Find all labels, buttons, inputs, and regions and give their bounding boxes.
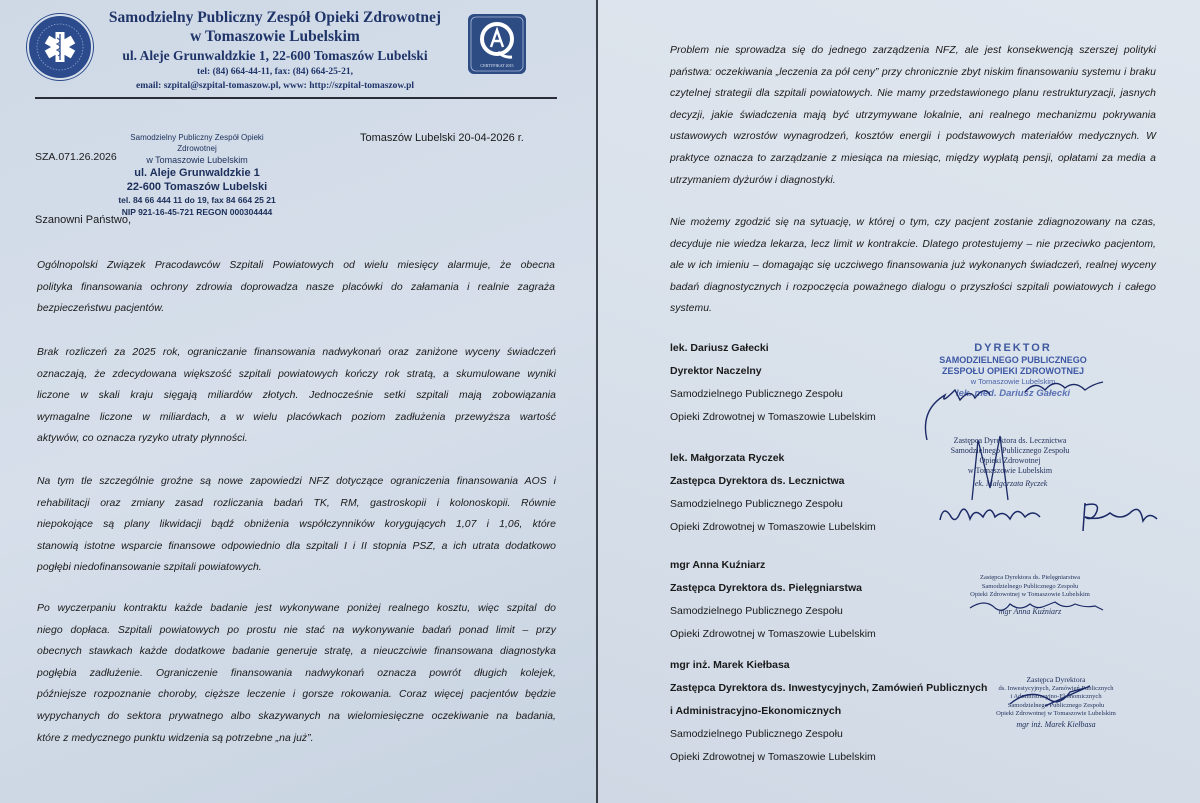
paragraph-line: systemu. [670, 298, 1156, 320]
signature-block: mgr inż. Marek Kiełbasa Zastępca Dyrekto… [670, 654, 987, 769]
paragraph-line: Nie możemy zgodzić się na sytuację, w kt… [670, 212, 1156, 234]
paragraph-line: utrzymaniem dyżurów i diagnostyki. [670, 170, 1156, 192]
letter-paragraph: Po wyczerpaniu kontraktu każde badanie j… [37, 598, 556, 749]
stamp-line: i Administracyjno-Ekonomicznych [975, 693, 1137, 702]
stamp-name: lek. Małgorzata Ryczek [930, 479, 1090, 489]
signature-block: mgr Anna Kuźniarz Zastępca Dyrektora ds.… [670, 554, 876, 646]
stamp-line: ds. Inwestycyjnych, Zamówień Publicznych [975, 685, 1137, 694]
paragraph-line: Problem nie sprowadza się do jednego zar… [670, 40, 1156, 62]
sender-stamp: Samodzielny Publiczny Zespół Opieki Zdro… [112, 132, 282, 218]
paragraph-line: oznaczają, że zdecydowana większość szpi… [37, 364, 556, 386]
letterhead-org-name: Samodzielny Publiczny Zespół Opieki Zdro… [90, 8, 460, 28]
paragraph-line: które z medycznego punktu widzenia są po… [37, 728, 556, 750]
director-stamp: DYREKTOR SAMODZIELNEGO PUBLICZNEGO ZESPO… [915, 341, 1111, 400]
letter-page-1: Samodzielny Publiczny Zespół Opieki Zdro… [0, 0, 596, 803]
signature-block: lek. Małgorzata Ryczek Zastępca Dyrektor… [670, 447, 876, 539]
signatory-org: Samodzielnego Publicznego Zespołu [670, 493, 876, 516]
stamp-line: Zastępca Dyrektora ds. Pielęgniarstwa [945, 574, 1115, 583]
stamp-line: Samodzielnego Publicznego Zespołu [930, 446, 1090, 456]
star-of-life-emblem-icon [27, 14, 93, 80]
paragraph-line: pogłębia zadłużenie. Ograniczenie finans… [37, 663, 556, 685]
letterhead-divider [35, 97, 557, 99]
signatory-org: Samodzielnego Publicznego Zespołu [670, 723, 987, 746]
signatory-position: Dyrektor Naczelny [670, 360, 876, 383]
paragraph-line: Brak rozliczeń za 2025 rok, ograniczanie… [37, 342, 556, 364]
stamp-line: SAMODZIELNEGO PUBLICZNEGO [915, 355, 1111, 366]
signatory-name: lek. Dariusz Gałecki [670, 337, 876, 360]
sender-stamp-line: w Tomaszowie Lubelskim [112, 154, 282, 166]
signatory-org: Opieki Zdrowotnej w Tomaszowie Lubelskim [670, 406, 876, 429]
signatory-name: mgr inż. Marek Kiełbasa [670, 654, 987, 677]
paragraph-line: pogłębi niedofinansowanie szpitali powia… [37, 557, 556, 579]
signatory-org: Opieki Zdrowotnej w Tomaszowie Lubelskim [670, 623, 876, 646]
paragraph-line: praktyce oznacza to zarządzanie z miesią… [670, 148, 1156, 170]
signatory-position: Zastępca Dyrektora ds. Inwestycyjnych, Z… [670, 677, 987, 700]
signature-block: lek. Dariusz Gałecki Dyrektor Naczelny S… [670, 337, 876, 429]
date-line: Tomaszów Lubelski 20-04-2026 r. [360, 132, 524, 144]
sender-stamp-line: ul. Aleje Grunwaldzkie 1 [112, 166, 282, 180]
signatory-name: mgr Anna Kuźniarz [670, 554, 876, 577]
reference-number: SZA.071.26.2026 [35, 151, 117, 163]
deputy-investment-stamp: Zastępca Dyrektora ds. Inwestycyjnych, Z… [975, 676, 1137, 729]
salutation: Szanowni Państwo, [35, 214, 131, 226]
letterhead-address: ul. Aleje Grunwaldzkie 1, 22-600 Tomaszó… [90, 47, 460, 65]
paragraph-line: decyduje nie wiedza lekarza, lecz limit … [670, 234, 1156, 256]
stamp-name: mgr Anna Kuźniarz [945, 608, 1115, 617]
paragraph-line: polityka finansowania ochrony zdrowia do… [37, 277, 555, 299]
letter-paragraph: Problem nie sprowadza się do jednego zar… [670, 40, 1156, 191]
signatory-org: Opieki Zdrowotnej w Tomaszowie Lubelskim [670, 746, 987, 769]
stamp-line: Opieki Zdrowotnej w Tomaszowie Lubelskim [975, 710, 1137, 719]
paragraph-line: badań diagnostycznych i rozpoczęcia powa… [670, 277, 1156, 299]
paragraph-line: bezpieczeństwu pacjentów. [37, 298, 555, 320]
deputy-medical-stamp: Zastępca Dyrektora ds. Lecznictwa Samodz… [930, 436, 1090, 489]
paragraph-line: rehabilitacji oraz zmiany zasad rozlicza… [37, 493, 556, 515]
paragraph-line: wymagalne liczone w miliardach, a w wiel… [37, 407, 556, 429]
paragraph-line: ustawowych wzrostów wynagrodzeń, kosztów… [670, 126, 1156, 148]
stamp-line: DYREKTOR [915, 341, 1111, 355]
stamp-line: Samodzielnego Publicznego Zespołu [975, 702, 1137, 711]
letter-paragraph: Nie możemy zgodzić się na sytuację, w kt… [670, 212, 1156, 320]
stamp-line: ZESPOŁU OPIEKI ZDROWOTNEJ [915, 366, 1111, 377]
stamp-name: mgr inż. Marek Kiełbasa [975, 721, 1137, 730]
letterhead: Samodzielny Publiczny Zespół Opieki Zdro… [90, 8, 460, 93]
stamp-name: lek. med. Dariusz Gałecki [915, 387, 1111, 400]
paragraph-line: ale w ich imieniu – domagając się uczciw… [670, 255, 1156, 277]
stamp-line: w Tomaszowie Lubelskim [930, 466, 1090, 476]
signatory-name: lek. Małgorzata Ryczek [670, 447, 876, 470]
stamp-line: w Tomaszowie Lubelskim [915, 377, 1111, 387]
paragraph-line: decyzji, jakie świadczenia mają być utrz… [670, 105, 1156, 127]
stamp-line: Zastępca Dyrektora ds. Lecznictwa [930, 436, 1090, 446]
letter-paragraph: Brak rozliczeń za 2025 rok, ograniczanie… [37, 342, 556, 450]
letterhead-email-www: email: szpital@szpital-tomaszow.pl, www:… [90, 79, 460, 93]
paragraph-line: Ogólnopolski Związek Pracodawców Szpital… [37, 255, 555, 277]
letter-paragraph: Na tym tle szczególnie groźne są nowe za… [37, 471, 556, 579]
paragraph-line: Po wyczerpaniu kontraktu każde badanie j… [37, 598, 556, 620]
signatory-org: Samodzielnego Publicznego Zespołu [670, 600, 876, 623]
stamp-line: Zastępca Dyrektora [975, 676, 1137, 685]
paragraph-line: liczone w skali kraju sięgają miliardów … [37, 385, 556, 407]
signatory-org: Opieki Zdrowotnej w Tomaszowie Lubelskim [670, 516, 876, 539]
letterhead-phone-fax: tel: (84) 664-44-11, fax: (84) 664-25-21… [90, 65, 460, 79]
stamp-line: Opieki Zdrowotnej [930, 456, 1090, 466]
svg-text:CERTYFIKAT 2015: CERTYFIKAT 2015 [480, 63, 513, 68]
signatory-position: Zastępca Dyrektora ds. Pielęgniarstwa [670, 577, 876, 600]
sender-stamp-line: tel. 84 66 444 11 do 19, fax 84 664 25 2… [112, 194, 282, 206]
paragraph-line: czytelnej strategii dla szpitali powiato… [670, 83, 1156, 105]
letter-paragraph: Ogólnopolski Związek Pracodawców Szpital… [37, 255, 555, 320]
signatory-position: i Administracyjno-Ekonomicznych [670, 700, 987, 723]
paragraph-line: obecnych stawkach każde dodatkowe badani… [37, 641, 556, 663]
deputy-nursing-stamp: Zastępca Dyrektora ds. Pielęgniarstwa Sa… [945, 574, 1115, 616]
letterhead-org-city: w Tomaszowie Lubelskim [90, 28, 460, 46]
paragraph-line: stanowią istotne wsparcie finansowe odpo… [37, 536, 556, 558]
paragraph-line: państwa: oczekiwania „leczenia za pół ce… [670, 62, 1156, 84]
quality-certificate-q-icon: CERTYFIKAT 2015 [468, 14, 526, 74]
paragraph-line: niego dopłaca. Szpitali powiatowych po p… [37, 620, 556, 642]
stamp-line: Samodzielnego Publicznego Zespołu [945, 583, 1115, 592]
paragraph-line: późniejsze rozpoznanie choroby, cięższe … [37, 684, 556, 706]
sender-stamp-line: Samodzielny Publiczny Zespół Opieki Zdro… [112, 132, 282, 154]
paragraph-line: wypychanych do sektora prywatnego albo s… [37, 706, 556, 728]
sender-stamp-line: NIP 921-16-45-721 REGON 000304444 [112, 206, 282, 218]
signatory-position: Zastępca Dyrektora ds. Lecznictwa [670, 470, 876, 493]
paragraph-line: niepokojące są plany likwidacji bądź obn… [37, 514, 556, 536]
signatory-org: Samodzielnego Publicznego Zespołu [670, 383, 876, 406]
paragraph-line: aktywów, co oznacza ryzyko utraty płynno… [37, 428, 556, 450]
paragraph-line: Na tym tle szczególnie groźne są nowe za… [37, 471, 556, 493]
stamp-line: Opieki Zdrowotnej w Tomaszowie Lubelskim [945, 591, 1115, 600]
sender-stamp-line: 22-600 Tomaszów Lubelski [112, 180, 282, 194]
